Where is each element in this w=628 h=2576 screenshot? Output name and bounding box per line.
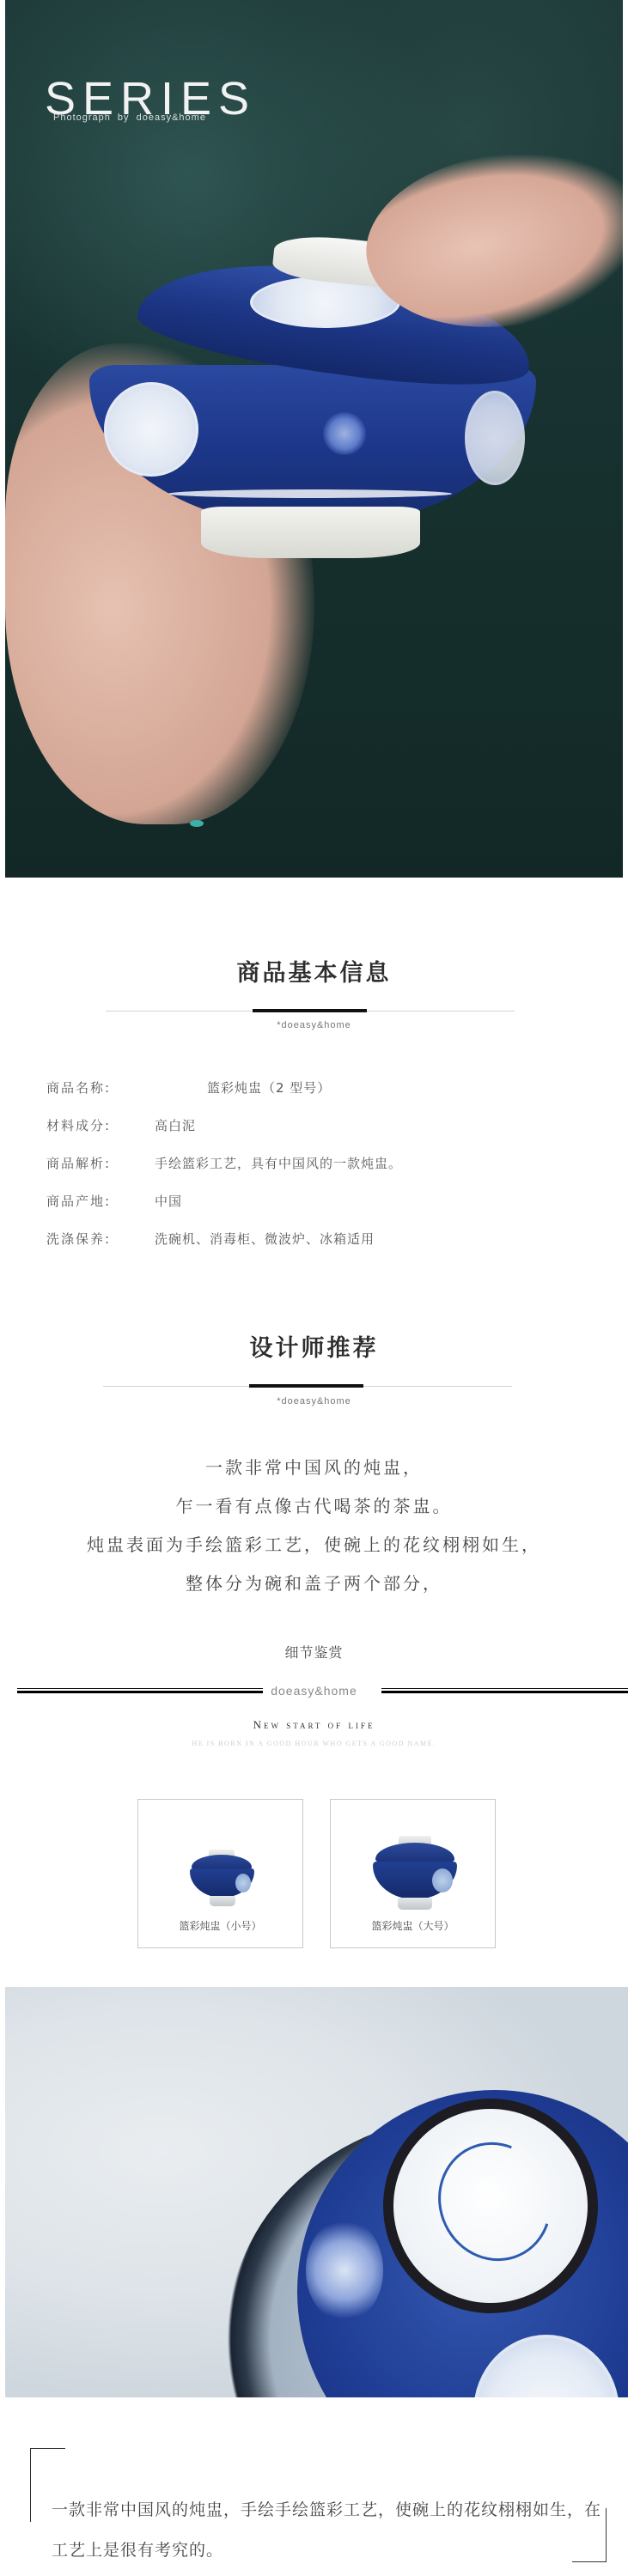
designer-copy-line: 一款非常中国风的炖盅，: [0, 1457, 628, 1478]
product-card-large[interactable]: 篮彩炖盅（大号）: [330, 1799, 496, 1948]
product-label: 篮彩炖盅（小号）: [138, 1918, 302, 1933]
bowl-lid: [375, 1843, 454, 1863]
info-label: 商品解析:: [46, 1155, 111, 1172]
closing-quote: 一款非常中国风的炖盅，手绘手绘篮彩工艺，使碗上的花纹栩栩如生，在工艺上是很有考究…: [52, 2490, 601, 2571]
bowl-medallion: [432, 1868, 453, 1893]
tagline-sub: He is born in a good hour who gets a goo…: [0, 1740, 628, 1747]
basic-info-brand: *doeasy&home: [0, 1020, 628, 1030]
section-divider-thick: [249, 1384, 363, 1388]
bowl-flower-pattern: [323, 412, 366, 455]
designer-copy-line: 整体分为碗和盖子两个部分，: [0, 1573, 628, 1594]
bowl-foot: [398, 1898, 432, 1910]
bracket-top-left: [30, 2448, 31, 2522]
detail-heading: 细节鉴赏: [0, 1642, 628, 1662]
tagline: New start of life: [0, 1718, 628, 1732]
bowl-medallion: [104, 382, 198, 477]
turquoise-ring: [190, 820, 204, 827]
bowl-medallion: [235, 1874, 251, 1893]
hero-subtitle: Photograph by doeasy&home: [53, 112, 206, 123]
detail-brand: doeasy&home: [0, 1684, 628, 1698]
info-value: 手绘篮彩工艺，具有中国风的一款炖盅。: [155, 1155, 402, 1172]
flower-pattern: [306, 2219, 383, 2322]
bracket-bottom-right: [606, 2508, 607, 2562]
bracket-top-left: [30, 2448, 65, 2449]
section-divider-thick: [253, 1009, 367, 1012]
bowl-foot: [210, 1896, 235, 1906]
designer-copy-line: 炖盅表面为手绘篮彩工艺，使碗上的花纹栩栩如生，: [0, 1534, 628, 1555]
info-label: 材料成分:: [46, 1117, 111, 1134]
designer-heading: 设计师推荐: [0, 1337, 628, 1360]
info-label: 洗涤保养:: [46, 1230, 111, 1248]
bowl-medallion-side: [465, 391, 525, 485]
basic-info-heading: 商品基本信息: [0, 962, 628, 985]
product-card-small[interactable]: 篮彩炖盅（小号）: [137, 1799, 303, 1948]
info-label: 商品名称:: [46, 1079, 111, 1097]
info-label: 商品产地:: [46, 1193, 111, 1210]
designer-brand: *doeasy&home: [0, 1396, 628, 1406]
detail-photo: [5, 1987, 628, 2397]
product-label: 篮彩炖盅（大号）: [331, 1918, 495, 1933]
info-value: 洗碗机、消毒柜、微波炉、冰箱适用: [155, 1230, 375, 1248]
bowl-foot: [201, 507, 420, 558]
info-value: 篮彩炖盅（2 型号）: [207, 1079, 331, 1097]
bowl-band: [168, 489, 452, 498]
info-value: 中国: [155, 1193, 182, 1210]
hero-image: SERIES Photograph by doeasy&home: [5, 0, 623, 878]
info-value: 高白泥: [155, 1117, 196, 1134]
designer-copy-line: 乍一看有点像古代喝茶的茶盅。: [0, 1496, 628, 1516]
